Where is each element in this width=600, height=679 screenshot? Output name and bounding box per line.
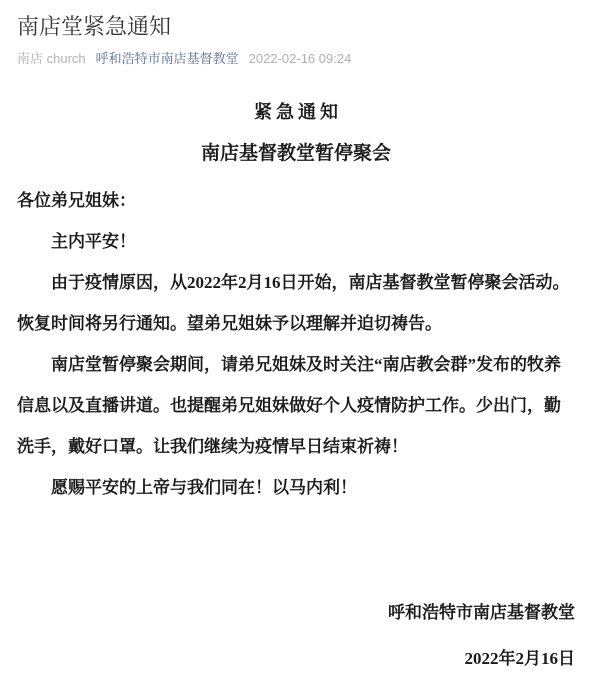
article-title: 南店堂紧急通知: [17, 15, 575, 39]
paragraph-guidance: 南店堂暂停聚会期间，请弟兄姐妹及时关注“南店教会群”发布的牧养信息以及直播讲道。…: [17, 344, 575, 467]
notice-text: 各位弟兄姐妹： 主内平安！ 由于疫情原因，从2022年2月16日开始，南店基督教…: [17, 180, 575, 508]
author-name: 南店 church: [17, 52, 86, 66]
article-meta: 南店 church 呼和浩特市南店基督教堂 2022-02-16 09:24: [17, 52, 575, 66]
salutation: 各位弟兄姐妹：: [17, 180, 575, 221]
signature: 呼和浩特市南店基督教堂: [17, 590, 575, 636]
paragraph-blessing: 愿赐平安的上帝与我们同在！以马内利！: [17, 467, 575, 508]
signature-date: 2022年2月16日: [17, 636, 575, 679]
notice-body: 紧急通知 南店基督教堂暂停聚会 各位弟兄姐妹： 主内平安！ 由于疫情原因，从20…: [17, 103, 575, 679]
notice-subheading: 南店基督教堂暂停聚会: [17, 143, 575, 164]
article-page: 南店堂紧急通知 南店 church 呼和浩特市南店基督教堂 2022-02-16…: [0, 0, 600, 679]
signature-block: 呼和浩特市南店基督教堂 2022年2月16日: [17, 590, 575, 679]
publish-datetime: 2022-02-16 09:24: [249, 52, 352, 66]
paragraph-suspension: 由于疫情原因，从2022年2月16日开始，南店基督教堂暂停聚会活动。恢复时间将另…: [17, 262, 575, 344]
notice-heading: 紧急通知: [17, 103, 575, 121]
paragraph-greeting: 主内平安！: [17, 221, 575, 262]
account-link[interactable]: 呼和浩特市南店基督教堂: [96, 52, 239, 66]
